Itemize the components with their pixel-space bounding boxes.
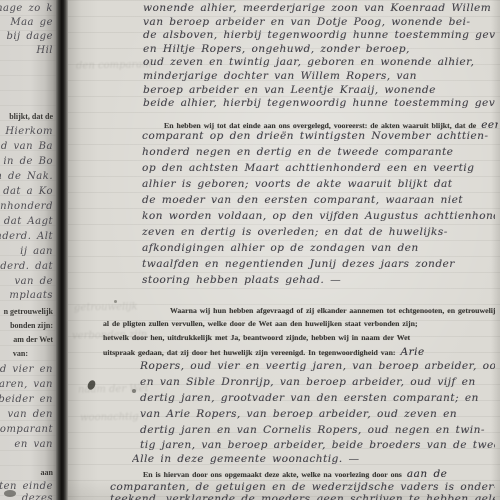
- handwritten-line: van Arie Ropers, van beroep arbeider, ou…: [140, 408, 495, 420]
- handwritten-line: oud zeven en twintig jaar, geboren en wo…: [143, 56, 495, 68]
- page-fragment-line: bij dage: [6, 31, 53, 42]
- page-fragment-line: Hierkom: [5, 126, 53, 137]
- page-fragment-line: dat Aagt: [4, 216, 53, 227]
- handwritten-line: comparanten, de getuigen en de wederzijd…: [110, 481, 495, 493]
- page-fragment-line: blijkt, dat de: [9, 112, 53, 121]
- handwritten-line: teekend, verklarende de moeders geen sch…: [110, 493, 495, 500]
- page-fragment-line: bonden zijn:: [10, 321, 53, 330]
- bleedthrough-text: woonachtig: [80, 411, 139, 423]
- printed-form-line: hetwelk door hen, uitdrukkelijk met Ja, …: [103, 333, 495, 342]
- handwritten-line: en van Sible Dronrijp, van beroep arbeid…: [140, 376, 495, 388]
- page-fragment-line: n getrouwelijk: [4, 307, 53, 316]
- book-binding: [56, 0, 68, 500]
- ink-speck: [114, 300, 117, 303]
- page-fragment-line: comparant: [0, 424, 53, 435]
- page-fragment-line: derd. dat: [0, 261, 53, 272]
- handwritten-line: dertig jaren, grootvader van den eersten…: [140, 392, 495, 404]
- page-fragment-line: mplaats: [9, 290, 53, 301]
- handwritten-insert: aan de: [407, 468, 448, 480]
- ink-speck: [132, 389, 136, 393]
- handwritten-line: op den achtsten Maart achttienhonderd ee…: [142, 162, 495, 174]
- page-fragment-line: d van Ba: [1, 141, 53, 152]
- page-fragment-line: llenhonderd: [0, 201, 53, 212]
- handwritten-line: kon worden voldaan, op den vijfden Augus…: [142, 210, 495, 222]
- page-fragment-line: in de Bo: [3, 156, 53, 167]
- page-fragment-line: Hil: [36, 45, 53, 56]
- handwritten-line: dertig jaren en van Cornelis Ropers, oud…: [140, 424, 495, 436]
- handwritten-line: de alsboven, hierbij tegenwoordig hunne …: [143, 29, 495, 41]
- handwritten-line: wonende alhier, meerderjarige zoon van K…: [143, 2, 495, 14]
- handwritten-line: beroep arbeider en van Leentje Kraaij, w…: [143, 84, 495, 96]
- handwritten-line: zeven en dertig is overleden; en dat de …: [142, 226, 495, 238]
- page-fragment-line: van de Nak.: [0, 171, 53, 182]
- bleedthrough-text: getrouwelijk: [74, 301, 138, 313]
- page-fragment-line: aan: [41, 468, 53, 477]
- handwritten-line: tig jaren, van beroep arbeider, beide br…: [140, 439, 495, 451]
- printed-form-line: al de pligten zullen vervullen, welke do…: [103, 319, 495, 328]
- bleedthrough-text: den comparant: [76, 59, 153, 71]
- handwritten-line: beide alhier, hierbij tegenwoordig hunne…: [143, 97, 495, 109]
- bleedthrough-text: verbonden zijn: [72, 329, 147, 341]
- page-fragment-line: arbeider en: [0, 394, 53, 405]
- handwritten-line: honderd negen en dertig en de tweede com…: [142, 146, 495, 158]
- printed-form-line: uitspraak gedaan, dat zij door het huwel…: [103, 346, 495, 358]
- page-fragment-line: dat a Ko: [3, 186, 53, 197]
- handwritten-line: alhier is geboren; voorts de akte waarui…: [142, 178, 495, 190]
- ink-speck: [4, 490, 16, 497]
- page-fragment-line: jaren, van: [0, 379, 53, 390]
- register-scan: nage zo k Maa ge bij dage Hil blijkt, da…: [0, 0, 500, 500]
- page-fragment-line: en van: [14, 439, 53, 450]
- previous-page-edge: nage zo k Maa ge bij dage Hil blijkt, da…: [0, 0, 56, 500]
- handwritten-line: en Hiltje Ropers, ongehuwd, zonder beroe…: [143, 43, 495, 55]
- handwritten-line: stooring hebben plaats gehad. —: [142, 274, 495, 286]
- register-page: wonende alhier, meerderjarige zoon van K…: [68, 0, 500, 500]
- printed-text: uitspraak gedaan, dat zij door het huwel…: [103, 348, 396, 357]
- handwritten-line: afkondigingen alhier op de zondagen van …: [142, 242, 495, 254]
- handwritten-line: twaalfden en negentienden Junij dezes ja…: [142, 258, 495, 270]
- page-fragment-line: Maa ge: [10, 17, 53, 28]
- page-fragment-line: oud vier en: [0, 364, 53, 375]
- page-fragment-line: van:: [13, 349, 28, 358]
- printed-form-line: Waarna wij hun hebben afgevraagd of zij …: [170, 306, 495, 315]
- printed-text: En is hiervan door ons opgemaakt deze ak…: [143, 470, 402, 479]
- handwritten-line: Ropers, oud vier en veertig jaren, van b…: [140, 360, 495, 372]
- page-fragment-line: am der Wet: [13, 335, 53, 344]
- page-fragment-line: van de: [14, 276, 53, 287]
- page-fragment-line: van den: [8, 409, 54, 420]
- printed-text: En hebben wij tot dat einde aan ons over…: [164, 121, 476, 130]
- page-fragment-line: ij aan: [20, 246, 53, 257]
- handwritten-line: Alle in deze gemeente woonachtig. —: [132, 453, 432, 465]
- page-fragment-line: dezes: [22, 493, 53, 500]
- page-fragment-line: nage zo k: [0, 3, 53, 14]
- page-fragment-line: honderd. Alt: [0, 231, 53, 242]
- printed-form-line: En is hiervan door ons opgemaakt deze ak…: [143, 468, 497, 480]
- handwritten-line: de moeder van den eersten comparant, waa…: [142, 194, 495, 206]
- handwritten-line: minderjarige dochter van Willem Ropers, …: [143, 70, 495, 82]
- handwritten-line: van beroep arbeider en van Dotje Poog, w…: [143, 16, 495, 28]
- handwritten-insert: Arie: [401, 346, 425, 358]
- handwritten-line: comparant op den drieën twintigsten Nove…: [142, 130, 495, 142]
